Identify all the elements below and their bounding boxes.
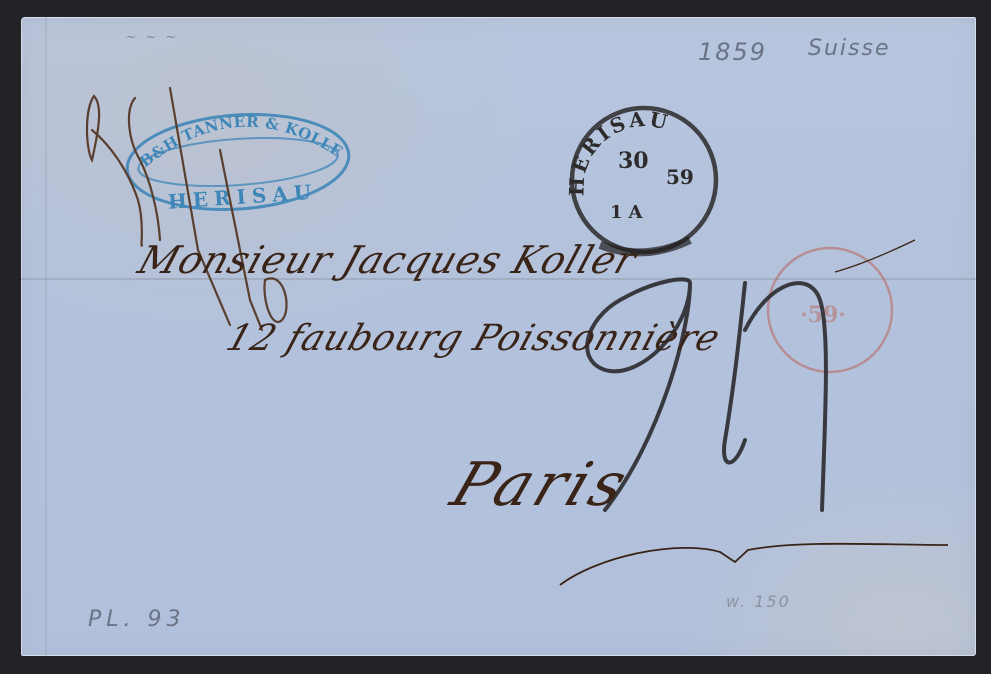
sender-cachet: B&H TANNER & KOLLER HERISAU: [0, 0, 352, 217]
address-line-street: 12 faubourg Poissonnière: [221, 318, 725, 359]
svg-text:1A: 1A: [610, 202, 649, 223]
address-line-recipient: Monsieur Jacques Koller: [133, 238, 643, 282]
svg-text:59: 59: [666, 165, 694, 189]
red-transit-postmark: ·59·: [768, 248, 892, 372]
address-flourish: [560, 544, 948, 585]
svg-text:30: 30: [618, 148, 649, 174]
herisau-datestamp: HERISAU 30 59 1A: [564, 107, 716, 253]
address-line-city: Paris: [442, 450, 640, 520]
svg-text:B&H TANNER & KOLLER: B&H TANNER & KOLLER: [0, 0, 346, 171]
